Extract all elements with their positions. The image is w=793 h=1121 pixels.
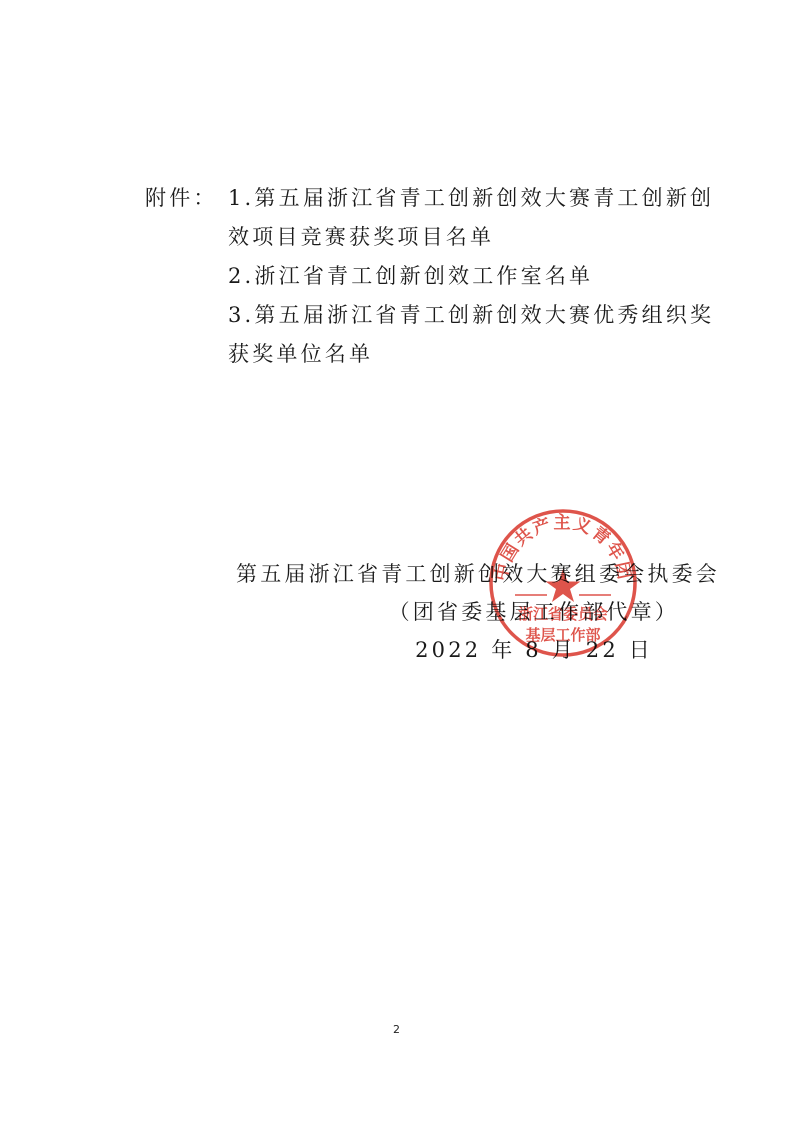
signature-organization: 第五届浙江省青工创新创效大赛组委会执委会 xyxy=(236,559,720,589)
attachment-2-line-1: 2.浙江省青工创新创效工作室名单 xyxy=(228,261,593,291)
seal-bottom-text: 基层工作部 xyxy=(525,626,600,644)
attachment-3-line-1: 3.第五届浙江省青工创新创效大赛优秀组织奖 xyxy=(228,300,714,330)
attachments-label: 附件： xyxy=(145,183,218,213)
seal-middle-text: 浙江省委员会 xyxy=(518,605,608,623)
official-seal: 中国共产主义青年团 浙江省委员会 基层工作部 xyxy=(487,507,639,659)
page-number: 2 xyxy=(0,1023,793,1036)
star-icon xyxy=(546,569,581,602)
attachment-1-line-1: 1.第五届浙江省青工创新创效大赛青工创新创 xyxy=(228,183,714,213)
attachment-1-line-2: 效项目竞赛获奖项目名单 xyxy=(228,222,494,252)
attachment-3-line-2: 获奖单位名单 xyxy=(228,339,373,369)
